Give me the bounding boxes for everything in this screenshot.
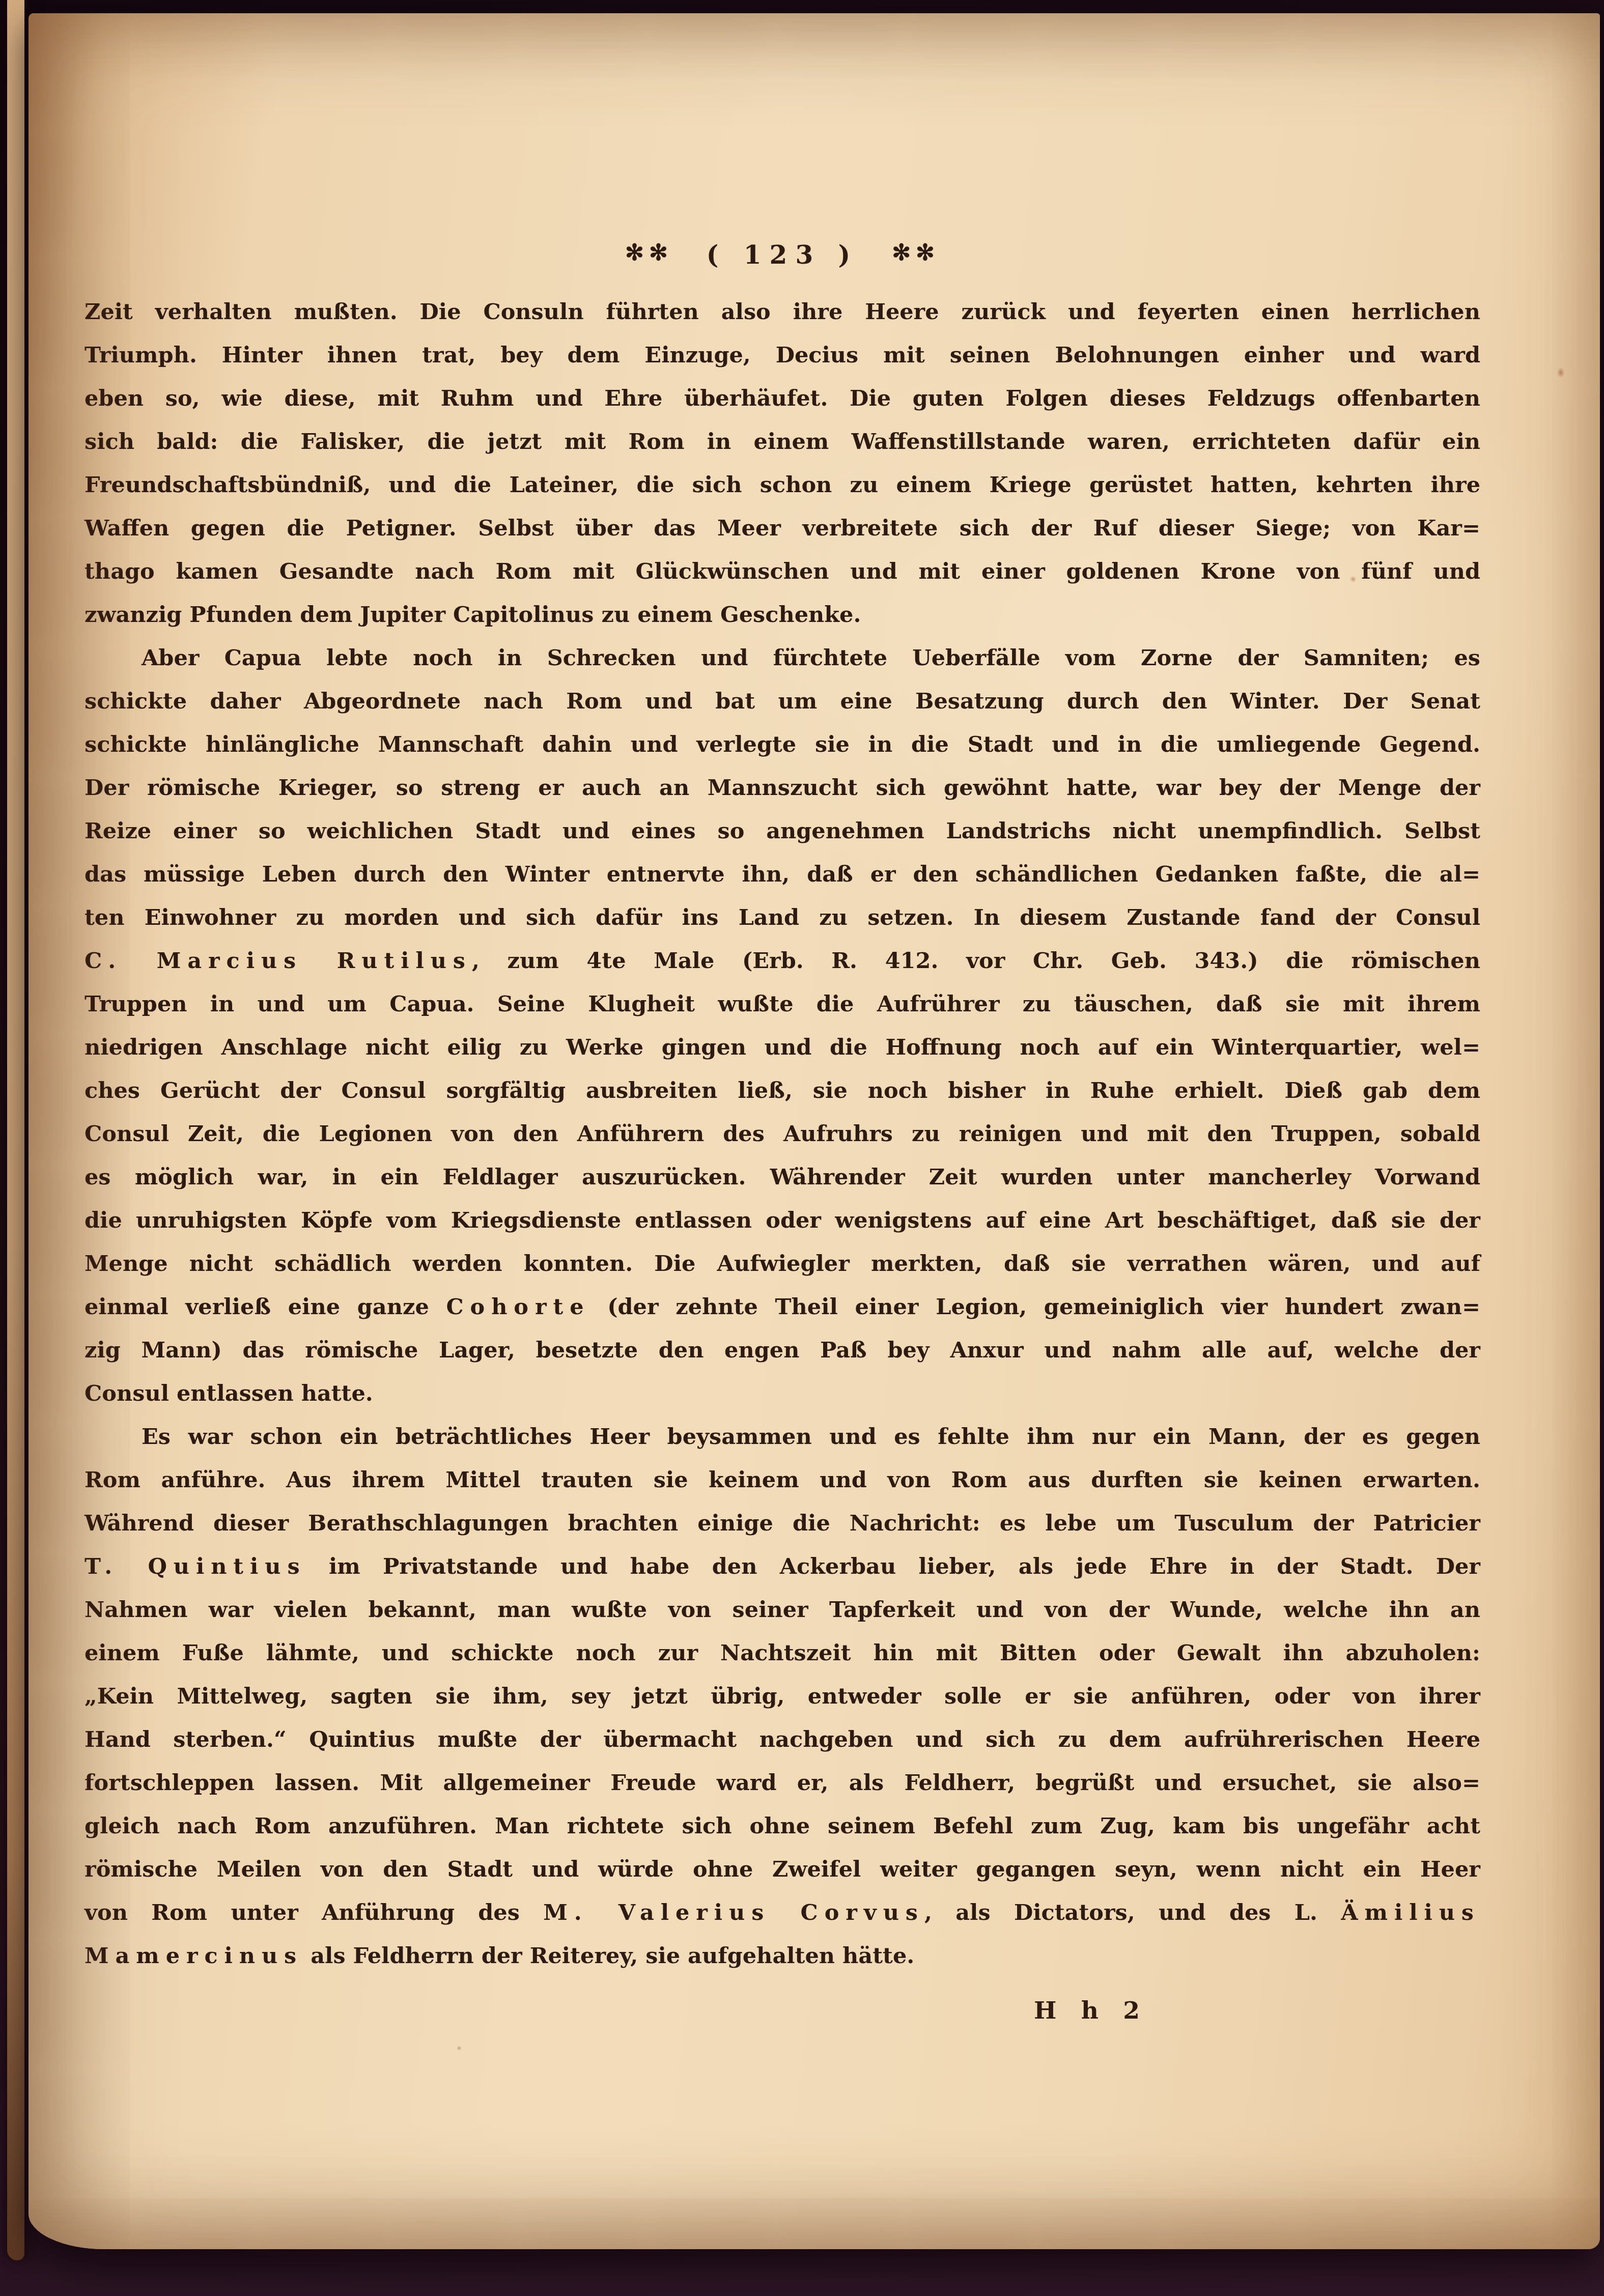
book-page: ✻✻ ( 123 ) ✻✻ Zeit verhalten mußten. Die… — [29, 13, 1600, 2249]
text-line: Es war schon ein beträchtliches Heer bey… — [85, 1415, 1480, 1459]
text-segment: ches Gerücht der Consul sorgfältig ausbr… — [85, 1078, 1480, 1103]
photo-background: { "colors":{"paper":"#f0d8b4","ink":"#2d… — [0, 0, 1604, 2296]
text-segment: schickte daher Abgeordnete nach Rom und … — [85, 689, 1480, 714]
spaced-name: C. Marcius Rutilus — [85, 948, 472, 974]
text-line: T. Quintius im Privatstande und habe den… — [85, 1545, 1480, 1589]
text-line: die unruhigsten Köpfe vom Kriegsdienste … — [85, 1199, 1480, 1242]
body-text: Zeit verhalten mußten. Die Consuln führt… — [85, 291, 1480, 1978]
spaced-name: Ämilius — [1341, 1900, 1480, 1925]
text-line: gleich nach Rom anzuführen. Man richtete… — [85, 1805, 1480, 1848]
text-segment: einmal verließ eine ganze — [85, 1294, 446, 1320]
text-segment: Der römische Krieger, so streng er auch … — [85, 775, 1480, 801]
text-line: Truppen in und um Capua. Seine Klugheit … — [85, 983, 1480, 1026]
text-line: Triumph. Hinter ihnen trat, bey dem Einz… — [85, 334, 1480, 377]
spaced-name: T. Quintius — [85, 1554, 306, 1579]
text-segment: (der zehnte Theil einer Legion, gemeinig… — [590, 1294, 1480, 1320]
text-segment: Freundschaftsbündniß, und die Lateiner, … — [85, 472, 1480, 498]
text-segment: Nahmen war vielen bekannt, man wußte von… — [85, 1597, 1480, 1623]
spaced-name: Mamercinus — [85, 1943, 303, 1969]
text-segment: Triumph. Hinter ihnen trat, bey dem Einz… — [85, 343, 1480, 368]
text-segment: eben so, wie diese, mit Ruhm und Ehre üb… — [85, 386, 1480, 411]
text-line: ches Gerücht der Consul sorgfältig ausbr… — [85, 1069, 1480, 1113]
text-line: Menge nicht schädlich werden konnten. Di… — [85, 1242, 1480, 1286]
text-line: „Kein Mittelweg, sagten sie ihm, sey jet… — [85, 1675, 1480, 1718]
text-segment: die unruhigsten Köpfe vom Kriegsdienste … — [85, 1208, 1480, 1233]
text-line: Während dieser Berathschlagungen brachte… — [85, 1502, 1480, 1545]
text-segment: zig Mann) das römische Lager, besetzte d… — [85, 1338, 1480, 1363]
text-line: Freundschaftsbündniß, und die Lateiner, … — [85, 464, 1480, 507]
text-segment: gleich nach Rom anzuführen. Man richtete… — [85, 1813, 1480, 1839]
text-segment: „Kein Mittelweg, sagten sie ihm, sey jet… — [85, 1684, 1480, 1709]
text-line: es möglich war, in ein Feldlager auszurü… — [85, 1156, 1480, 1199]
text-line: Aber Capua lebte noch in Schrecken und f… — [85, 637, 1480, 680]
text-segment: Menge nicht schädlich werden konnten. Di… — [85, 1251, 1480, 1277]
text-line: Reize einer so weichlichen Stadt und ein… — [85, 810, 1480, 853]
text-line: eben so, wie diese, mit Ruhm und Ehre üb… — [85, 377, 1480, 420]
text-line: thago kamen Gesandte nach Rom mit Glückw… — [85, 550, 1480, 593]
text-line: Mamercinus als Feldherrn der Reiterey, s… — [85, 1935, 1480, 1978]
text-line: zwanzig Pfunden dem Jupiter Capitolinus … — [85, 593, 1480, 637]
text-segment: im Privatstande und habe den Ackerbau li… — [306, 1554, 1480, 1579]
text-segment: Truppen in und um Capua. Seine Klugheit … — [85, 991, 1480, 1017]
text-line: einem Fuße lähmte, und schickte noch zur… — [85, 1632, 1480, 1675]
text-line: das müssige Leben durch den Winter entne… — [85, 853, 1480, 896]
text-segment: als Feldherrn der Reiterey, sie aufgehal… — [303, 1943, 914, 1969]
text-segment: Waffen gegen die Petigner. Selbst über d… — [85, 516, 1480, 541]
text-segment: Aber Capua lebte noch in Schrecken und f… — [142, 645, 1480, 671]
text-segment: Zeit verhalten mußten. Die Consuln führt… — [85, 299, 1480, 325]
text-segment: Hand sterben.“ Quintius mußte der überma… — [85, 1727, 1480, 1752]
text-segment: es möglich war, in ein Feldlager auszurü… — [85, 1165, 1480, 1190]
text-segment: Rom anführe. Aus ihrem Mittel trauten si… — [85, 1467, 1480, 1493]
text-line: sich bald: die Falisker, die jetzt mit R… — [85, 420, 1480, 464]
page-header: ✻✻ ( 123 ) ✻✻ — [85, 232, 1480, 278]
text-line: römische Meilen von den Stadt und würde … — [85, 1848, 1480, 1891]
text-segment: schickte hinlängliche Mannschaft dahin u… — [85, 732, 1480, 757]
text-line: Consul entlassen hatte. — [85, 1372, 1480, 1415]
text-line: Hand sterben.“ Quintius mußte der überma… — [85, 1718, 1480, 1762]
text-segment: Während dieser Berathschlagungen brachte… — [85, 1511, 1480, 1536]
text-segment: , als Dictators, und des L. — [924, 1900, 1341, 1925]
text-line: ten Einwohner zu morden und sich dafür i… — [85, 896, 1480, 940]
text-line: C. Marcius Rutilus, zum 4te Male (Erb. R… — [85, 940, 1480, 983]
fleuron-ornament-right-icon: ✻✻ — [892, 230, 940, 276]
text-segment: fortschleppen lassen. Mit allgemeiner Fr… — [85, 1770, 1480, 1796]
adjacent-page-edge — [7, 0, 24, 2260]
text-line: niedrigen Anschlage nicht eilig zu Werke… — [85, 1026, 1480, 1069]
text-line: schickte hinlängliche Mannschaft dahin u… — [85, 723, 1480, 767]
text-segment: thago kamen Gesandte nach Rom mit Glückw… — [85, 559, 1480, 584]
text-line: von Rom unter Anführung des M. Valerius … — [85, 1891, 1480, 1935]
text-line: Zeit verhalten mußten. Die Consuln führt… — [85, 291, 1480, 334]
text-segment: von Rom unter Anführung des — [85, 1900, 543, 1925]
text-line: schickte daher Abgeordnete nach Rom und … — [85, 680, 1480, 723]
text-line: fortschleppen lassen. Mit allgemeiner Fr… — [85, 1762, 1480, 1805]
text-segment: zwanzig Pfunden dem Jupiter Capitolinus … — [85, 602, 861, 628]
spaced-name: Cohorte — [446, 1294, 590, 1320]
text-line: Rom anführe. Aus ihrem Mittel trauten si… — [85, 1459, 1480, 1502]
text-line: Der römische Krieger, so streng er auch … — [85, 767, 1480, 810]
text-segment: Reize einer so weichlichen Stadt und ein… — [85, 818, 1480, 844]
text-segment: römische Meilen von den Stadt und würde … — [85, 1857, 1480, 1882]
text-segment: einem Fuße lähmte, und schickte noch zur… — [85, 1640, 1480, 1666]
text-line: Waffen gegen die Petigner. Selbst über d… — [85, 507, 1480, 550]
text-line: Nahmen war vielen bekannt, man wußte von… — [85, 1589, 1480, 1632]
text-segment: niedrigen Anschlage nicht eilig zu Werke… — [85, 1035, 1480, 1060]
page-number: ( 123 ) — [707, 232, 859, 278]
text-line: einmal verließ eine ganze Cohorte (der z… — [85, 1286, 1480, 1329]
spaced-name: M. Valerius Corvus — [543, 1900, 924, 1925]
text-line: Consul Zeit, die Legionen von den Anführ… — [85, 1113, 1480, 1156]
text-segment: Consul entlassen hatte. — [85, 1381, 373, 1406]
gathering-signature: H h 2 — [85, 1989, 1480, 2032]
text-segment: Es war schon ein beträchtliches Heer bey… — [142, 1424, 1480, 1450]
fleuron-ornament-left-icon: ✻✻ — [625, 230, 673, 276]
text-segment: sich bald: die Falisker, die jetzt mit R… — [85, 429, 1480, 455]
text-segment: ten Einwohner zu morden und sich dafür i… — [85, 905, 1480, 930]
text-segment: das müssige Leben durch den Winter entne… — [85, 862, 1480, 887]
text-block: ✻✻ ( 123 ) ✻✻ Zeit verhalten mußten. Die… — [85, 232, 1480, 2032]
text-segment: , zum 4te Male (Erb. R. 412. vor Chr. Ge… — [472, 948, 1480, 974]
text-line: zig Mann) das römische Lager, besetzte d… — [85, 1329, 1480, 1372]
text-segment: Consul Zeit, die Legionen von den Anführ… — [85, 1121, 1480, 1147]
